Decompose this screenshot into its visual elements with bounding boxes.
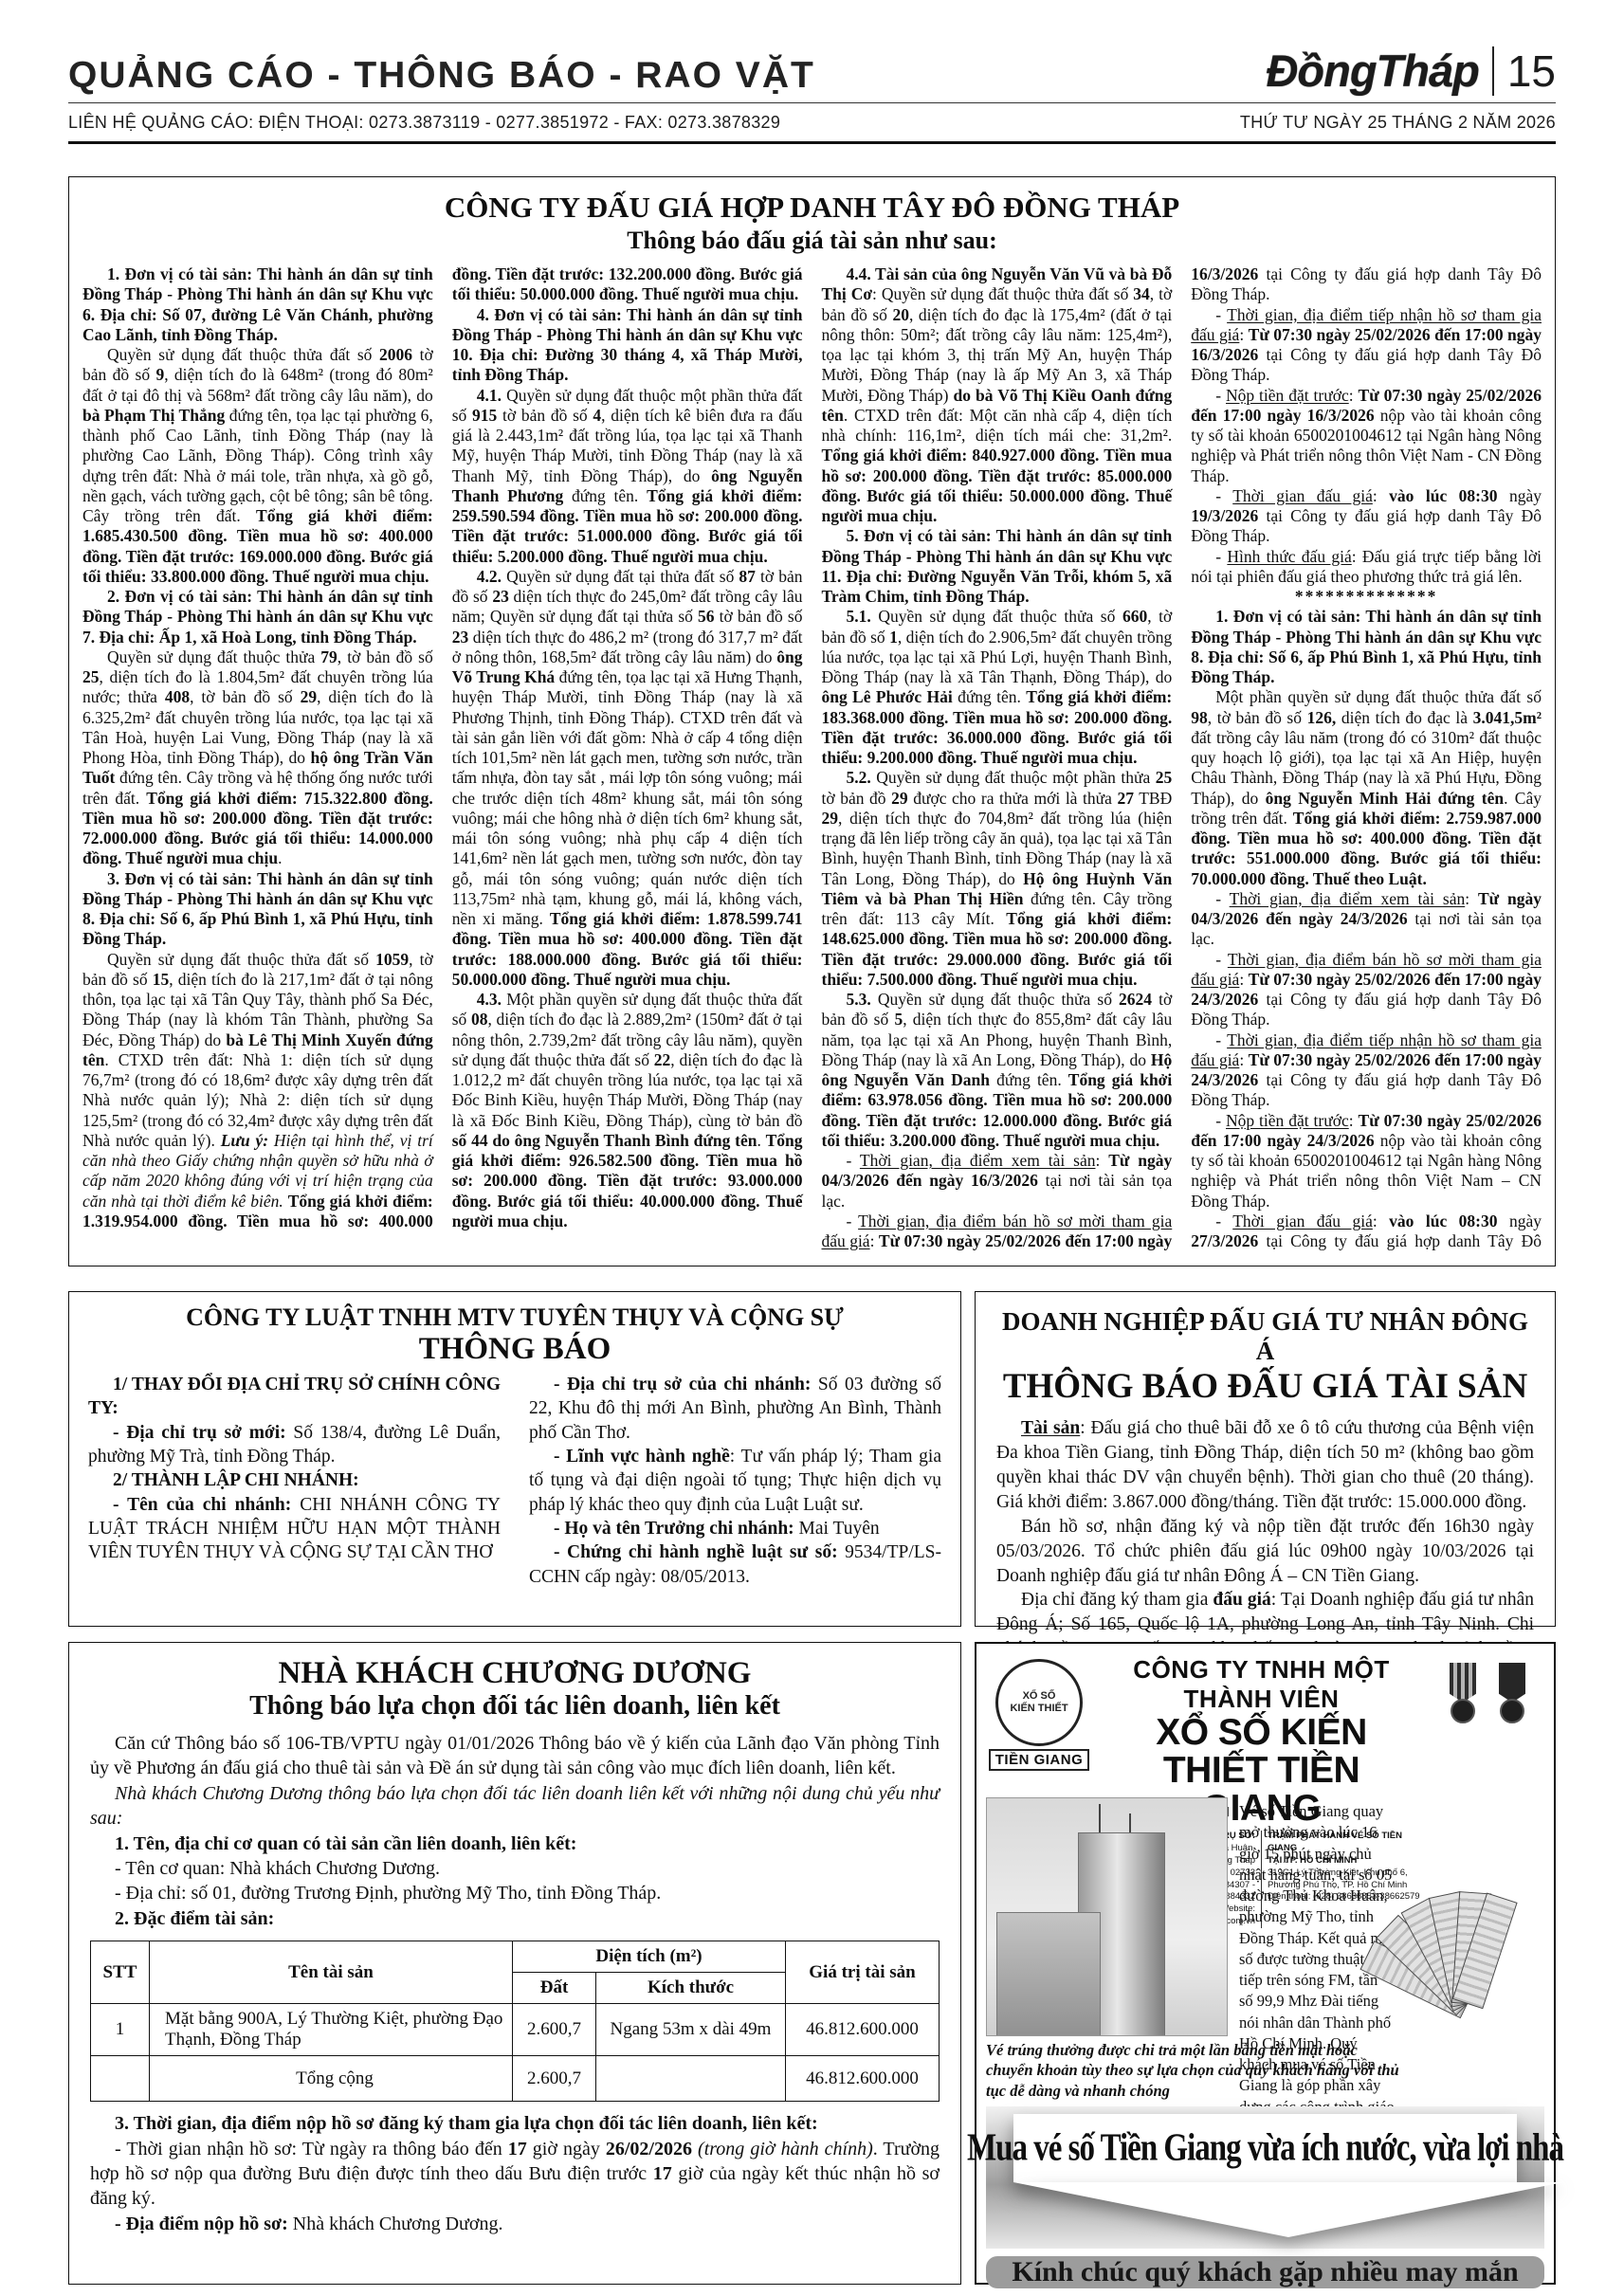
auction-subtitle: Thông báo đấu giá tài sản như sau: xyxy=(82,227,1542,255)
paragraph: - Địa chỉ: số 01, đường Trương Định, phư… xyxy=(90,1881,940,1905)
paragraph: - Thời gian, địa điểm tiếp nhận hồ sơ th… xyxy=(1191,305,1542,386)
col-area-land: Đất xyxy=(513,1973,596,2004)
paragraph: - Hình thức đấu giá: Đấu giá trực tiếp b… xyxy=(1191,547,1542,588)
company-line1: CÔNG TY TNHH MỘT THÀNH VIÊN xyxy=(1100,1655,1423,1714)
brand-block: ĐồngTháp 15 xyxy=(1266,45,1556,97)
header-rule-thick xyxy=(68,141,1556,144)
paragraph: - Địa điểm nộp hồ sơ: Nhà khách Chương D… xyxy=(90,2212,940,2236)
paragraph: - Tên của chi nhánh: CHI NHÁNH CÔNG TY L… xyxy=(88,1493,501,1565)
lottery-ad-header: XỔ SỐ KIẾN THIẾT TIỀN GIANG CÔNG TY TNHH… xyxy=(986,1651,1544,1794)
auction-body: 1. Đơn vị có tài sản: Thi hành án dân sự… xyxy=(82,264,1542,1258)
paragraph: - Họ và tên Trưởng chi nhánh: Mai Tuyên xyxy=(529,1517,941,1540)
paragraph: 5. Đơn vị có tài sản: Thi hành án dân sự… xyxy=(822,526,1173,607)
date-line: THỨ TƯ NGÀY 25 THÁNG 2 NĂM 2026 xyxy=(1240,113,1556,133)
middle-row: CÔNG TY LUẬT TNHH MTV TUYÊN THỤY VÀ CỘNG… xyxy=(68,1291,1556,1627)
law-firm-subtitle: THÔNG BÁO xyxy=(88,1332,941,1367)
col-name: Tên tài sản xyxy=(150,1941,513,2004)
law-firm-body: 1/ THAY ĐỔI ĐỊA CHỈ TRỤ SỞ CHÍNH CÔNG TY… xyxy=(88,1373,941,1612)
col-area-size: Kích thước xyxy=(596,1973,786,2004)
paragraph: - Địa chỉ trụ sở mới: Số 138/4, đường Lê… xyxy=(88,1421,501,1469)
building-photo xyxy=(986,1797,1228,2036)
col-area-group: Diện tích (m²) xyxy=(513,1941,786,1973)
asset-table-header: STT Tên tài sản Diện tích (m²) Giá trị t… xyxy=(91,1941,940,2004)
slogan-arrow: Mua vé số Tiền Giang vừa ích nước, vừa l… xyxy=(1013,2114,1516,2182)
table-cell: Ngang 53m x dài 49m xyxy=(596,2004,786,2056)
chuong-duong-section: NHÀ KHÁCH CHƯƠNG DƯƠNG Thông báo lựa chọ… xyxy=(68,1642,961,2285)
paragraph: - Thời gian, địa điểm tiếp nhận hồ sơ th… xyxy=(1191,1030,1542,1111)
paragraph: 5.1. Quyền sử dụng đất thuộc thửa số 660… xyxy=(822,607,1173,768)
chuong-duong-intro: Căn cứ Thông báo số 106-TB/VPTU ngày 01/… xyxy=(90,1731,940,1931)
paragraph: - Nộp tiền đặt trước: Từ 07:30 ngày 25/0… xyxy=(1191,1111,1542,1212)
paragraph: - Tên cơ quan: Nhà khách Chương Dương. xyxy=(90,1856,940,1881)
logo-text: XỔ SỐ xyxy=(1023,1690,1056,1703)
lottery-ad-section: XỔ SỐ KIẾN THIẾT TIỀN GIANG CÔNG TY TNHH… xyxy=(975,1642,1556,2285)
paragraph: Bán hồ sơ, nhận đăng ký và nộp tiền đặt … xyxy=(996,1515,1534,1589)
paragraph: 5.2. Quyền sử dụng đất thuộc một phần th… xyxy=(822,768,1173,990)
slogan-banner: Mua vé số Tiền Giang vừa ích nước, vừa l… xyxy=(986,2106,1544,2249)
paragraph: 2/ THÀNH LẬP CHI NHÁNH: xyxy=(88,1468,501,1492)
paragraph: Quyền sử dụng đất thuộc thửa đất số 2006… xyxy=(82,345,433,587)
contact-line: LIÊN HỆ QUẢNG CÁO: ĐIỆN THOẠI: 0273.3873… xyxy=(68,113,780,133)
paragraph: - Thời gian đấu giá: vào lúc 08:30 ngày … xyxy=(1191,486,1542,547)
paragraph: Quyền sử dụng đất thuộc thửa 79, tờ bản … xyxy=(82,647,433,869)
lottery-ad-middle: Vé số Tiền Giang quay mở thưởng vào lúc … xyxy=(986,1797,1544,2036)
dong-a-subtitle: THÔNG BÁO ĐẤU GIÁ TÀI SẢN xyxy=(996,1366,1534,1407)
page-header: QUẢNG CÁO - THÔNG BÁO - RAO VẶT ĐồngTháp… xyxy=(68,28,1556,144)
paragraph: 4.2. Quyền sử dụng đất tại thửa đất số 8… xyxy=(452,567,803,990)
law-firm-notice-section: CÔNG TY LUẬT TNHH MTV TUYÊN THỤY VÀ CỘNG… xyxy=(68,1291,961,1627)
paragraph: - Thời gian, địa điểm xem tài sản: Từ ng… xyxy=(1191,889,1542,950)
table-cell xyxy=(91,2056,150,2102)
paragraph: Một phần quyền sử dụng đất thuộc thửa đấ… xyxy=(1191,687,1542,889)
paragraph: 4.3. Một phần quyền sử dụng đất thuộc th… xyxy=(452,990,803,1231)
table-cell: 2.600,7 xyxy=(513,2056,596,2102)
lottery-info-text: Vé số Tiền Giang quay mở thưởng vào lúc … xyxy=(1228,1797,1402,2036)
lottery-logo-caption: TIỀN GIANG xyxy=(989,1749,1090,1771)
chuong-duong-outro: 3. Thời gian, địa điểm nộp hồ sơ đăng ký… xyxy=(90,2111,940,2236)
masthead-row: QUẢNG CÁO - THÔNG BÁO - RAO VẶT ĐồngTháp… xyxy=(68,28,1556,97)
asset-table: STT Tên tài sản Diện tích (m²) Giá trị t… xyxy=(90,1941,940,2102)
table-row: 1Mặt bằng 900A, Lý Thường Kiệt, phường Đ… xyxy=(91,2004,940,2056)
wish-banner: Kính chúc quý khách gặp nhiều may mắn xyxy=(986,2256,1544,2288)
table-cell: Mặt bằng 900A, Lý Thường Kiệt, phường Đạ… xyxy=(150,2004,513,2056)
lottery-company-title: CÔNG TY TNHH MỘT THÀNH VIÊN XỔ SỐ KIẾN T… xyxy=(1100,1651,1423,1794)
divider xyxy=(1492,46,1494,96)
auction-title: CÔNG TY ĐẤU GIÁ HỢP DANH TÂY ĐÔ ĐỒNG THÁ… xyxy=(82,191,1542,225)
table-cell xyxy=(596,2056,786,2102)
dong-a-title: DOANH NGHIỆP ĐẤU GIÁ TƯ NHÂN ĐÔNG Á xyxy=(996,1307,1534,1366)
table-cell: 1 xyxy=(91,2004,150,2056)
paragraph: 4.1. Quyền sử dụng đất thuộc một phần th… xyxy=(452,386,803,567)
lottery-tickets-image xyxy=(1402,1797,1544,2036)
brand-logo: ĐồngTháp xyxy=(1266,45,1478,97)
table-cell: 46.812.600.000 xyxy=(786,2004,940,2056)
medal-icons xyxy=(1431,1651,1544,1794)
paragraph: 4. Đơn vị có tài sản: Thi hành án dân sự… xyxy=(452,305,803,386)
paragraph: 4.4. Tài sản của ông Nguyễn Văn Vũ và bà… xyxy=(822,264,1173,526)
bottom-row: NHÀ KHÁCH CHƯƠNG DƯƠNG Thông báo lựa chọ… xyxy=(68,1642,1556,2285)
auction-notice-section: CÔNG TY ĐẤU GIÁ HỢP DANH TÂY ĐÔ ĐỒNG THÁ… xyxy=(68,176,1556,1266)
paragraph: - Thời gian nhận hồ sơ: Từ ngày ra thông… xyxy=(90,2137,940,2212)
page-number: 15 xyxy=(1507,46,1556,97)
lottery-logo: XỔ SỐ KIẾN THIẾT TIỀN GIANG xyxy=(986,1651,1092,1794)
paragraph: 1. Tên, địa chỉ cơ quan có tài sản cần l… xyxy=(90,1831,940,1856)
logo-text: KIẾN THIẾT xyxy=(1010,1703,1067,1715)
medal-icon xyxy=(1446,1663,1480,1723)
paragraph: - Chứng chỉ hành nghề luật sư số: 9534/T… xyxy=(529,1540,941,1589)
lottery-logo-oval-icon: XỔ SỐ KIẾN THIẾT xyxy=(995,1659,1083,1746)
paragraph: Tài sản: Đấu giá cho thuê bãi đỗ xe ô tô… xyxy=(996,1416,1534,1515)
paragraph: 2. Đặc điểm tài sản: xyxy=(90,1906,940,1931)
paragraph: 1. Đơn vị có tài sản: Thi hành án dân sự… xyxy=(1191,607,1542,687)
col-stt: STT xyxy=(91,1941,150,2004)
dong-a-auction-section: DOANH NGHIỆP ĐẤU GIÁ TƯ NHÂN ĐÔNG Á THÔN… xyxy=(975,1291,1556,1627)
paragraph: 5.3. Quyền sử dụng đất thuộc thửa số 262… xyxy=(822,990,1173,1151)
paragraph: - Lĩnh vực hành nghề: Tư vấn pháp lý; Th… xyxy=(529,1445,941,1517)
paragraph: 3. Thời gian, địa điểm nộp hồ sơ đăng ký… xyxy=(90,2111,940,2136)
paragraph: - Địa chỉ trụ sở của chi nhánh: Số 03 đư… xyxy=(529,1373,941,1445)
paragraph: Nhà khách Chương Dương thông báo lựa chọ… xyxy=(90,1781,940,1831)
law-firm-title: CÔNG TY LUẬT TNHH MTV TUYÊN THỤY VÀ CỘNG… xyxy=(88,1303,941,1332)
asset-table-body: 1Mặt bằng 900A, Lý Thường Kiệt, phường Đ… xyxy=(91,2004,940,2102)
table-row: Tổng cộng2.600,746.812.600.000 xyxy=(91,2056,940,2102)
contact-row: LIÊN HỆ QUẢNG CÁO: ĐIỆN THOẠI: 0273.3873… xyxy=(68,103,1556,141)
paragraph: - Thời gian, địa điểm xem tài sản: Từ ng… xyxy=(822,1151,1173,1212)
table-cell: 46.812.600.000 xyxy=(786,2056,940,2102)
medal-icon xyxy=(1495,1663,1529,1723)
paragraph: 3. Đơn vị có tài sản: Thi hành án dân sự… xyxy=(82,869,433,950)
newspaper-page: QUẢNG CÁO - THÔNG BÁO - RAO VẶT ĐồngTháp… xyxy=(0,0,1624,2296)
chuong-duong-subtitle: Thông báo lựa chọn đối tác liên doanh, l… xyxy=(90,1691,940,1722)
paragraph: - Nộp tiền đặt trước: Từ 07:30 ngày 25/0… xyxy=(1191,386,1542,486)
paragraph: - Thời gian, địa điểm bán hồ sơ mời tham… xyxy=(1191,950,1542,1030)
paragraph: 2. Đơn vị có tài sản: Thi hành án dân sự… xyxy=(82,587,433,647)
section-masthead: QUẢNG CÁO - THÔNG BÁO - RAO VẶT xyxy=(68,55,815,97)
chuong-duong-title: NHÀ KHÁCH CHƯƠNG DƯƠNG xyxy=(90,1656,940,1691)
table-cell: Tổng cộng xyxy=(150,2056,513,2102)
paragraph: 1/ THAY ĐỔI ĐỊA CHỈ TRỤ SỞ CHÍNH CÔNG TY… xyxy=(88,1373,501,1421)
paragraph: Căn cứ Thông báo số 106-TB/VPTU ngày 01/… xyxy=(90,1731,940,1781)
paragraph: ************** xyxy=(1191,587,1542,607)
slogan-text: Mua vé số Tiền Giang vừa ích nước, vừa l… xyxy=(967,2126,1563,2170)
col-value: Giá trị tài sản xyxy=(786,1941,940,2004)
paragraph: 1. Đơn vị có tài sản: Thi hành án dân sự… xyxy=(82,264,433,345)
table-cell: 2.600,7 xyxy=(513,2004,596,2056)
